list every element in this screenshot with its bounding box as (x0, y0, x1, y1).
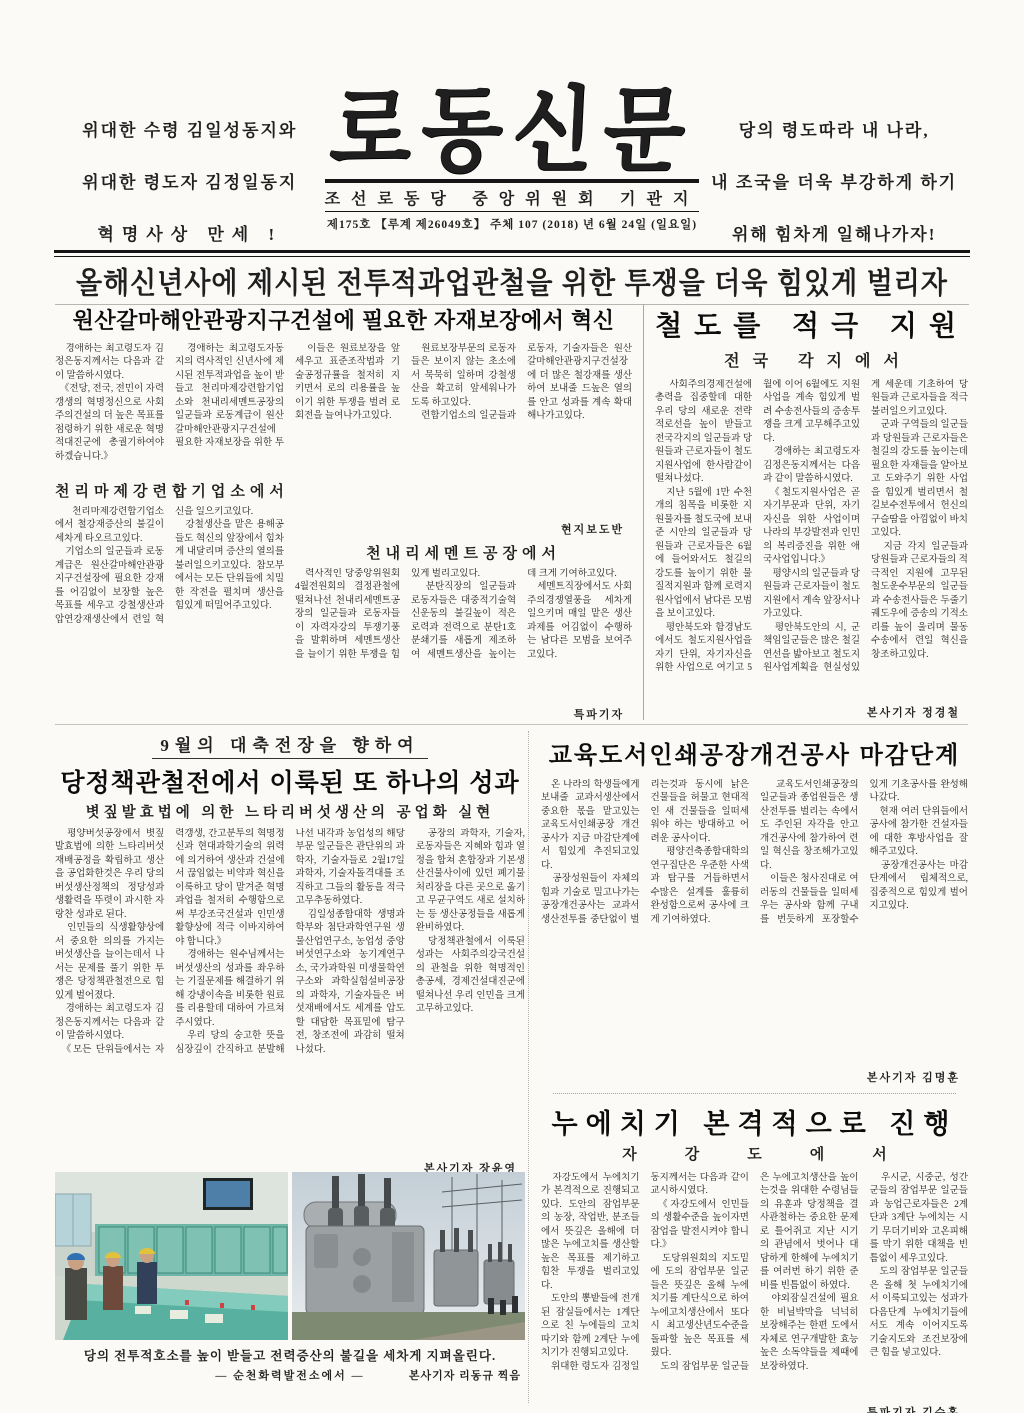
vonsan-byline-local: 현지보도반 (295, 519, 632, 537)
right-column: 교육도서인쇄공장개건공사 마감단계 온 나라의 학생들에게 보내줄 교과서생산에… (528, 731, 968, 1403)
article-silkworm-raising: 누에치기 본격적으로 진행 자강도에서 자강도에서 누에치기가 본격적으로 진행… (541, 1102, 968, 1413)
slogan-left-line: 위대한 수령 김일성동지와 (55, 116, 325, 141)
slogan-right-line: 위해 힘차게 일해나가자! (699, 220, 969, 245)
masthead-rule (54, 250, 970, 257)
silkworm-headline: 누에치기 본격적으로 진행 (541, 1102, 968, 1141)
vonsan-chonnae-text: 력사적인 당중앙위원회 4월전원회의 결정관철에 떨쳐나선 천내리세멘트공장의 … (295, 568, 632, 704)
masthead: 위대한 수령 김일성동지와 위대한 령도자 김정일동지 혁명사상 만세 ! 로동… (55, 86, 969, 250)
railway-body-text: 사회주의경제건설에 총력을 집중할데 대한 우리 당의 새로운 전략적로선을 높… (655, 379, 968, 702)
railway-kicker: 전국 각지에서 (655, 348, 968, 371)
slogan-left-line: 혁명사상 만세 ! (55, 220, 325, 245)
vonsan-headline: 원산갈마해안관광지구건설에 필요한 자재보장에서 혁신 (55, 304, 632, 335)
transformer-yard-illustration (292, 1172, 525, 1340)
photo-caption: 당의 전투적호소를 높이 받들고 전력증산의 불길을 세차게 지펴올린다. (55, 1346, 525, 1364)
silkworm-byline: 특파기자 김순홍 (541, 1402, 968, 1413)
vonsan-right-columns: 이들은 원료보장을 앞세우고 표준조작법과 기술공정규률을 철저히 지키면서 로… (295, 343, 632, 732)
vonsan-left-columns: 경애하는 최고령도자 김정은동지께서는 다음과 같이 말씀하시였다. 《전당, … (55, 343, 284, 732)
mushroom-subhead: 볏짚발효법에 의한 느타리버섯생산의 공업화 실현 (55, 801, 525, 822)
photo-location: ― 순천화력발전소에서 ― (215, 1370, 364, 1382)
vonsan-continuation-text: 이들은 원료보장을 앞세우고 표준조작법과 기술공정규률을 철저히 지키면서 로… (295, 343, 632, 519)
printing-byline: 본사기자 김명훈 (541, 1067, 968, 1085)
newspaper-page: 위대한 수령 김일성동지와 위대한 령도자 김정일동지 혁명사상 만세 ! 로동… (0, 0, 1024, 1413)
banner-headline: 올해신년사에 제시된 전투적과업관철을 위한 투쟁을 더욱 힘있게 벌리자 (55, 259, 969, 302)
printing-headline: 교육도서인쇄공장개건공사 마감단계 (541, 735, 968, 770)
slogan-right-line: 내 조국을 더욱 부강하게 하기 (699, 168, 969, 193)
mushroom-body-text: 평양버섯공장에서 볏짚발효법에 의한 느타리버섯재배공정을 확립하고 생산을 공… (55, 828, 525, 1158)
banner: 올해신년사에 제시된 전투적과업관철을 위한 투쟁을 더욱 힘있게 벌리자 (55, 261, 969, 305)
slogan-right: 당의 령도따라 내 나라, 내 조국을 더욱 부강하게 하기 위해 힘차게 일해… (699, 86, 969, 250)
vonsan-byline-correspondent: 특파기자 (295, 704, 632, 722)
photo-credit: 본사기자 리동규 찍음 (409, 1367, 521, 1383)
photo-control-room (55, 1172, 288, 1340)
vonsan-subhead-chonnae: 천내리세멘트공장에서 (295, 542, 632, 563)
vertical-divider (643, 304, 644, 720)
vonsan-chollima-text: 천리마제강련합기업소에서 철강재증산의 불길이 세차게 타오르고있다. 기업소의… (55, 506, 284, 732)
vonsan-intro-text: 경애하는 최고령도자 김정은동지께서는 다음과 같이 말씀하시였다. 《전당, … (55, 343, 284, 475)
railway-byline: 본사기자 정경철 (655, 702, 968, 720)
railway-headline: 철도를 적극 지원 (655, 304, 968, 344)
photo-caption-block: 당의 전투적호소를 높이 받들고 전력증산의 불길을 세차게 지펴올린다. ― … (55, 1346, 525, 1383)
slogan-left: 위대한 수령 김일성동지와 위대한 령도자 김정일동지 혁명사상 만세 ! (55, 86, 325, 250)
silkworm-body-text: 자강도에서 누에치기가 본격적으로 진행되고있다. 도안의 잠업부문의 농장, … (541, 1172, 968, 1402)
section-divider (55, 724, 968, 725)
photo-strip (55, 1172, 525, 1340)
article-vonsan-materials: 원산갈마해안관광지구건설에 필요한 자재보장에서 혁신 경애하는 최고령도자 김… (55, 304, 632, 720)
mushroom-headline: 당정책관철전에서 이룩된 또 하나의 성과 (55, 763, 525, 799)
slogan-left-line: 위대한 령도자 김정일동지 (55, 168, 325, 193)
organ-line: 조선로동당 중앙위원회 기관지 (325, 179, 700, 212)
top-section: 원산갈마해안관광지구건설에 필요한 자재보장에서 혁신 경애하는 최고령도자 김… (55, 304, 968, 720)
issue-line: 제175호 【루계 제26049호】 주체 107 (2018) 년 6월 24… (325, 212, 700, 232)
vonsan-subhead-chollima: 천리마제강련합기업소에서 (55, 480, 284, 501)
printing-body-text: 온 나라의 학생들에게 보내줄 교과서생산에서 중요한 몫을 맡고있는 교육도서… (541, 779, 968, 1067)
article-printing-factory: 교육도서인쇄공장개건공사 마감단계 온 나라의 학생들에게 보내줄 교과서생산에… (541, 735, 968, 1085)
control-room-illustration (55, 1172, 288, 1340)
mushroom-kicker: 9월의 대축전장을 향하여 (152, 731, 427, 759)
article-railway-support: 철도를 적극 지원 전국 각지에서 사회주의경제건설에 총력을 집중할데 대한 … (655, 304, 968, 720)
newspaper-title: 로동신문 (322, 82, 701, 179)
silkworm-kicker: 자강도에서 (541, 1143, 968, 1164)
photo-transformers (292, 1172, 525, 1340)
article-mushroom-success: 9월의 대축전장을 향하여 당정책관철전에서 이룩된 또 하나의 성과 볏짚발효… (55, 731, 525, 1176)
slogan-right-line: 당의 령도따라 내 나라, (699, 116, 969, 141)
masthead-center: 로동신문 조선로동당 중앙위원회 기관지 제175호 【루계 제26049호】 … (325, 86, 700, 250)
dotted-divider (553, 1093, 956, 1094)
